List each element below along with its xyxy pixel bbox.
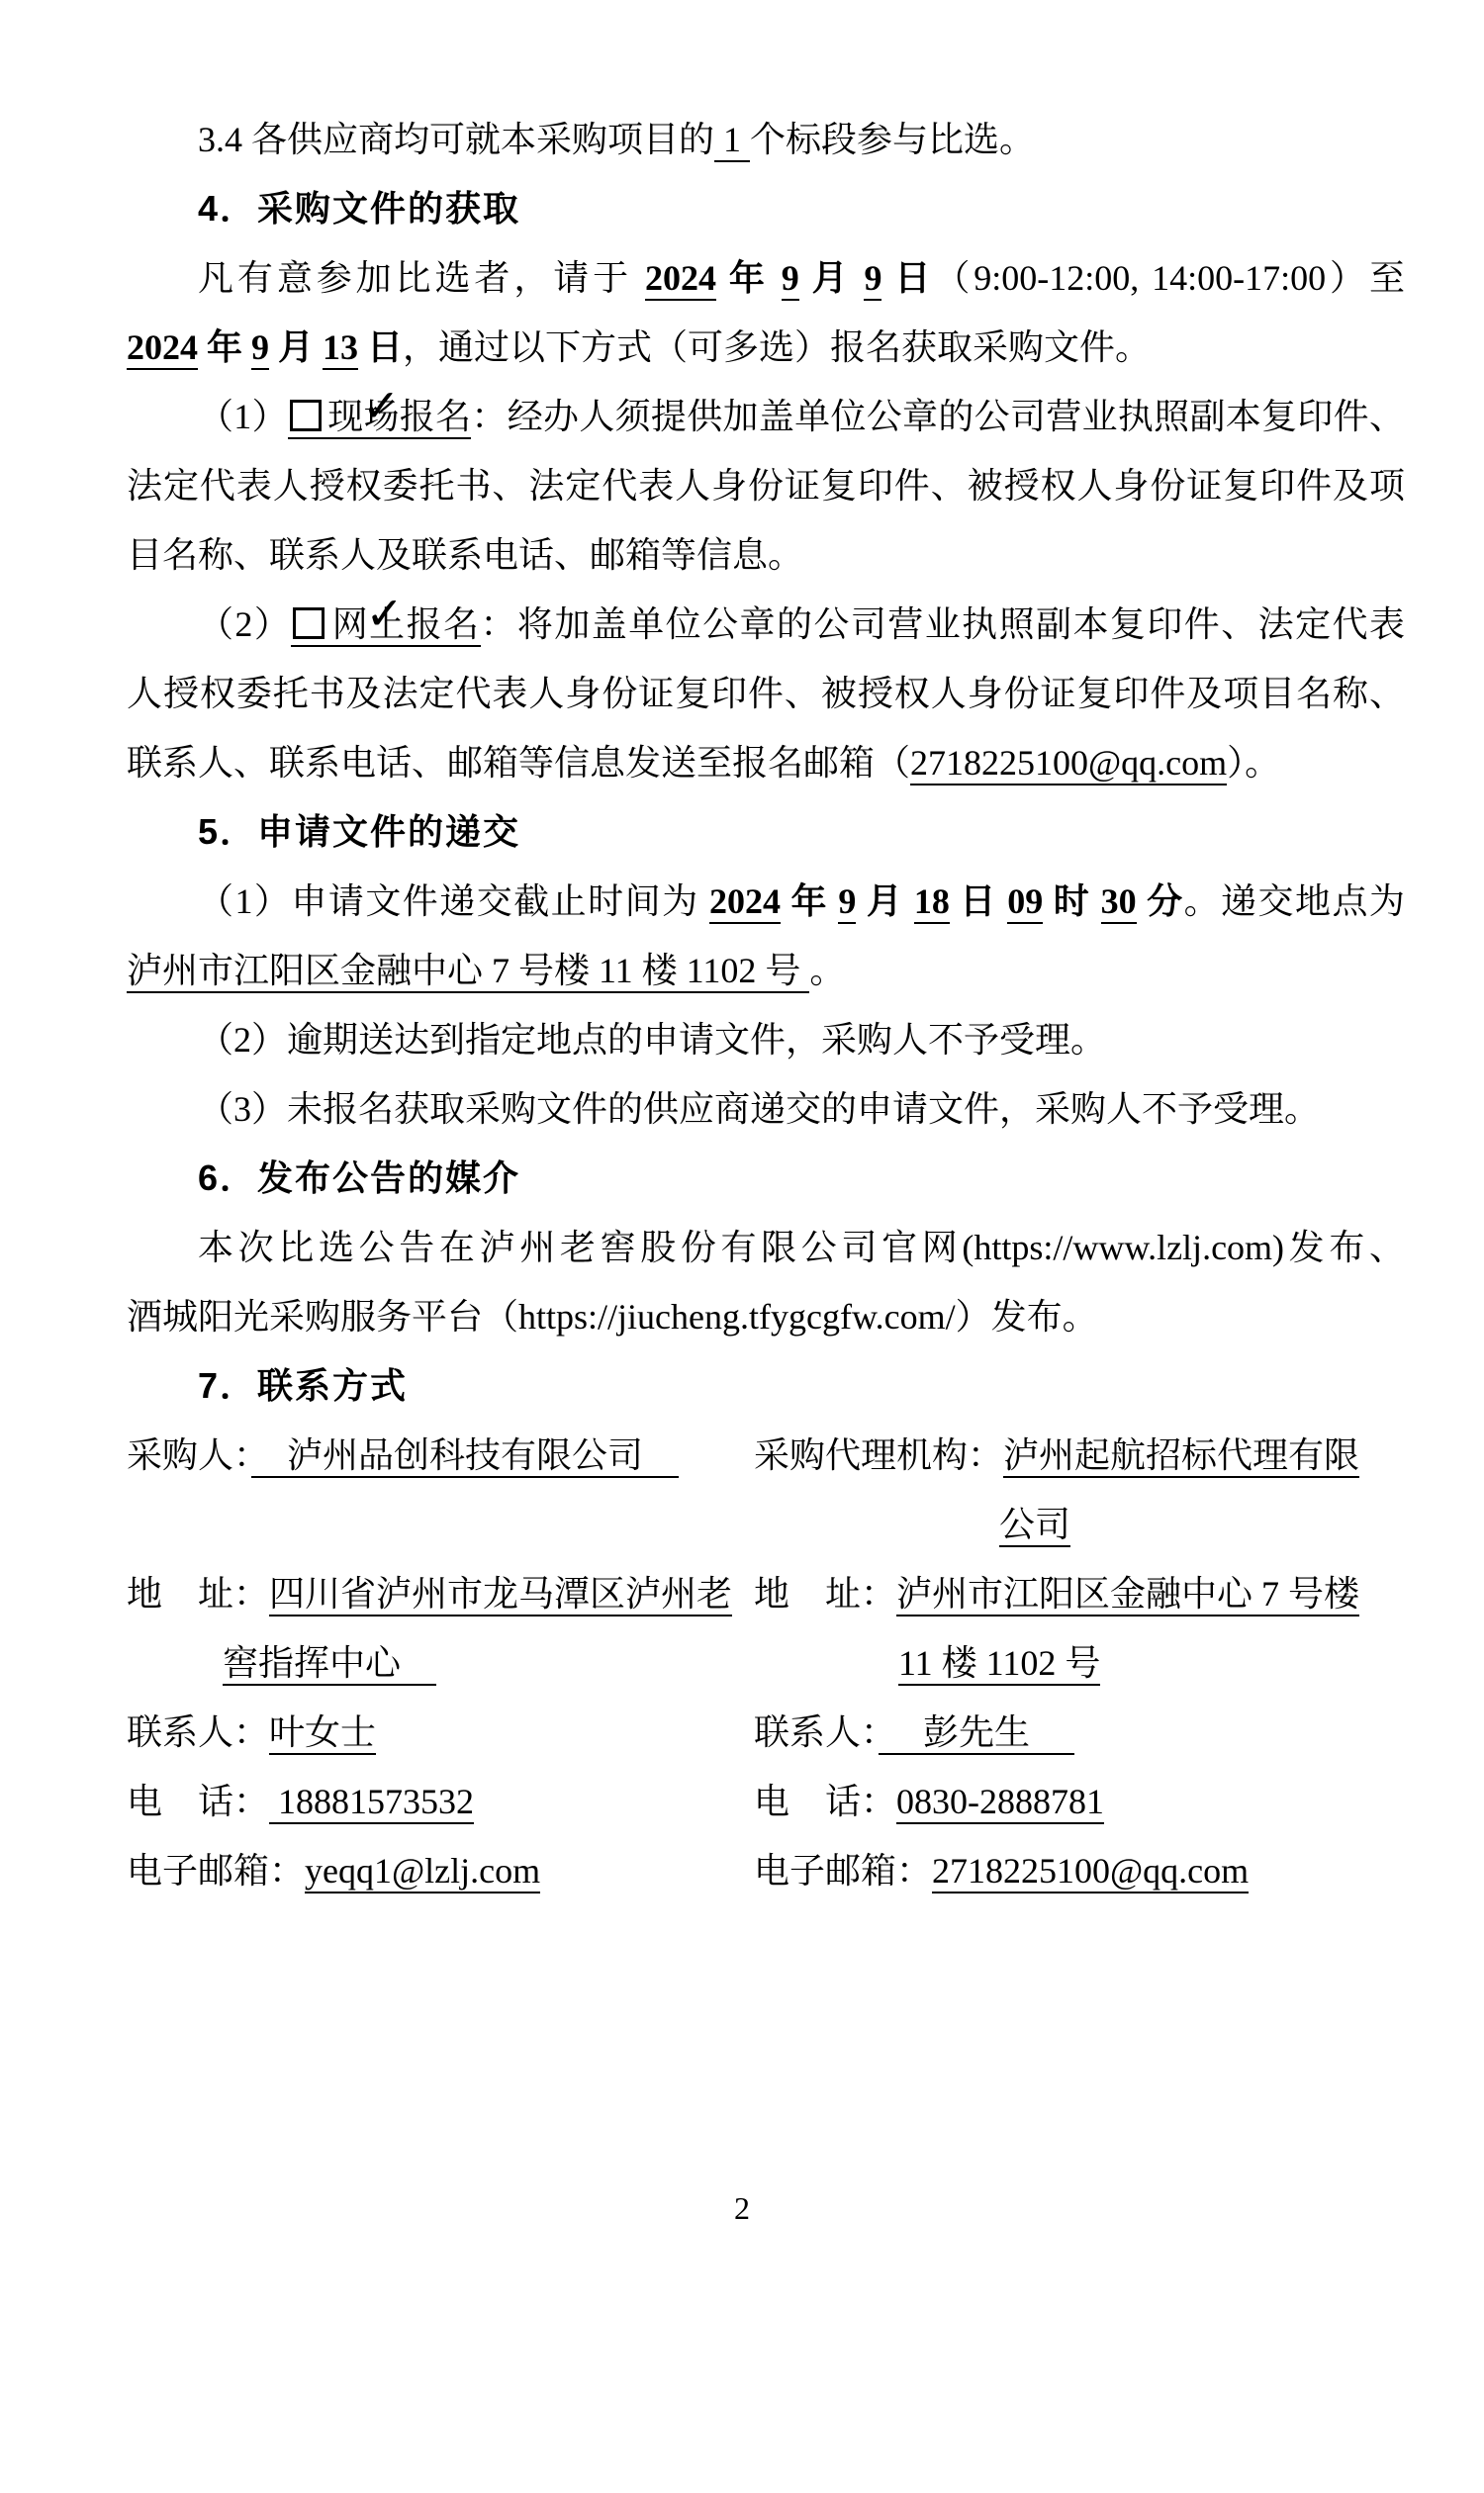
buyer-contact-person: 联系人：叶女士 bbox=[127, 1698, 754, 1767]
agency-name-line-2: 公司 bbox=[754, 1490, 1405, 1559]
agency-email-field: 电子邮箱：2718225100@qq.com bbox=[754, 1836, 1405, 1905]
agency-contact-person-field: 联系人： 彭先生 bbox=[754, 1698, 1405, 1767]
text-run: 月 bbox=[799, 258, 865, 298]
text-run: ）。 bbox=[1227, 743, 1280, 783]
buyer-phone-field: 电 话： 18881573532 bbox=[127, 1767, 754, 1836]
section-4-item-2-line-2: 人授权委托书及法定代表人身份证复印件、被授权人身份证复印件及项目名称、 bbox=[127, 659, 1405, 728]
text-run: 30 bbox=[1101, 881, 1137, 924]
agency-phone-field: 电 话：0830-2888781 bbox=[754, 1767, 1405, 1836]
text-run: 电 话： bbox=[127, 1782, 269, 1821]
checkbox-checked-icon bbox=[293, 607, 325, 639]
text-run: 泸州起航招标代理有限 bbox=[1003, 1435, 1359, 1478]
section-6-line-2: 酒城阳光采购服务平台（https://jiucheng.tfygcgfw.com… bbox=[127, 1282, 1405, 1351]
text-run: 1 bbox=[714, 120, 750, 162]
text-run: 13 bbox=[323, 327, 358, 370]
buyer-phone: 电 话： 18881573532 bbox=[127, 1767, 754, 1836]
text-run: 年 bbox=[716, 258, 782, 298]
agency-phone: 电 话：0830-2888781 bbox=[754, 1767, 1405, 1836]
text-run: 泸州市江阳区金融中心 7 号楼 11 楼 1102 号 bbox=[127, 951, 809, 993]
text-run: ：经办人须提供加盖单位公章的公司营业执照副本复印件、 bbox=[471, 397, 1405, 436]
text-run: 电子邮箱： bbox=[754, 1851, 932, 1891]
text-run: 时 bbox=[1043, 881, 1100, 921]
text-run: 2024 bbox=[127, 327, 198, 370]
section-4-intro-line-1: 凡有意参加比选者，请于 2024 年 9 月 9 日（9:00-12:00, 1… bbox=[127, 243, 1405, 313]
text-run: 电子邮箱： bbox=[127, 1851, 305, 1891]
section-4-item-2-line-3: 联系人、联系电话、邮箱等信息发送至报名邮箱（2718225100@qq.com）… bbox=[127, 728, 1405, 797]
section-5-item-2: （2）逾期送达到指定地点的申请文件，采购人不予受理。 bbox=[127, 1005, 1405, 1074]
text-run: （9:00-12:00, 14:00-17:00）至 bbox=[934, 258, 1405, 298]
text-run: 联系人： bbox=[754, 1712, 879, 1752]
text-run: 现场报名 bbox=[288, 397, 472, 439]
text-run: ：将加盖单位公章的公司营业执照副本复印件、法定代表 bbox=[481, 604, 1405, 644]
section-5-heading: 5．申请文件的递交 bbox=[127, 797, 1405, 867]
text-run: （3）未报名获取采购文件的供应商递交的申请文件，采购人不予受理。 bbox=[198, 1089, 1320, 1129]
text-run: 泸州市江阳区金融中心 7 号楼 bbox=[896, 1574, 1359, 1616]
text-run: 采购人： bbox=[127, 1435, 251, 1475]
text-run: （1） bbox=[198, 397, 288, 436]
text-run: 。 bbox=[809, 951, 845, 990]
section-6-heading: 6．发布公告的媒介 bbox=[127, 1144, 1405, 1213]
text-run: yeqq1@lzlj.com bbox=[305, 1851, 540, 1893]
section-5-item-1-line-2: 泸州市江阳区金融中心 7 号楼 11 楼 1102 号 。 bbox=[127, 936, 1405, 1005]
text-run: 公司 bbox=[999, 1505, 1070, 1547]
text-run: 联系人： bbox=[127, 1712, 269, 1752]
text-run: 2718225100@qq.com bbox=[932, 1851, 1249, 1893]
clause-3-4: 3.4 各供应商均可就本采购项目的 1 个标段参与比选。 bbox=[127, 105, 1405, 174]
text-run: 9 bbox=[782, 258, 799, 301]
text-run: 个标段参与比选。 bbox=[750, 120, 1035, 159]
text-run: 四川省泸州市龙马潭区泸州老 bbox=[269, 1574, 732, 1616]
text-run: 采购代理机构： bbox=[754, 1435, 1003, 1475]
section-4-item-1-line-1: （1）现场报名：经办人须提供加盖单位公章的公司营业执照副本复印件、 bbox=[127, 382, 1405, 451]
section-7-heading: 7．联系方式 bbox=[127, 1351, 1405, 1421]
section-4-item-1-line-2: 法定代表人授权委托书、法定代表人身份证复印件、被授权人身份证复印件及项 bbox=[127, 451, 1405, 520]
text-run: 叶女士 bbox=[269, 1712, 376, 1755]
text-run: 年 bbox=[781, 881, 838, 921]
text-run: 。递交地点为 bbox=[1184, 881, 1405, 921]
text-run: 日 bbox=[881, 258, 934, 298]
section-4-heading: 4．采购文件的获取 bbox=[127, 174, 1405, 243]
contact-table: 采购人： 泸州品创科技有限公司 采购代理机构：泸州起航招标代理有限 公司 地 址… bbox=[127, 1421, 1405, 1905]
text-run: 18 bbox=[914, 881, 950, 924]
text-run: 日 bbox=[358, 327, 403, 367]
text-run: 电 话： bbox=[754, 1782, 896, 1821]
document-body: 3.4 各供应商均可就本采购项目的 1 个标段参与比选。 4．采购文件的获取 凡… bbox=[127, 105, 1405, 1905]
text-run: 人授权委托书及法定代表人身份证复印件、被授权人身份证复印件及项目名称、 bbox=[127, 674, 1405, 713]
text-run: 地 址： bbox=[127, 1574, 269, 1614]
section-6-line-1: 本次比选公告在泸州老窖股份有限公司官网(https://www.lzlj.com… bbox=[127, 1213, 1405, 1282]
agency-address-line-2: 11 楼 1102 号 bbox=[754, 1628, 1405, 1698]
section-4-item-2-line-1: （2）网上报名：将加盖单位公章的公司营业执照副本复印件、法定代表 bbox=[127, 590, 1405, 659]
buyer-email: 电子邮箱：yeqq1@lzlj.com bbox=[127, 1836, 754, 1905]
page-number: 2 bbox=[0, 2188, 1484, 2228]
text-run: 11 楼 1102 号 bbox=[898, 1643, 1100, 1686]
text-run: 2024 bbox=[645, 258, 716, 301]
text-run: 彭先生 bbox=[879, 1712, 1074, 1755]
document-page: 3.4 各供应商均可就本采购项目的 1 个标段参与比选。 4．采购文件的获取 凡… bbox=[0, 0, 1484, 2493]
text-run: 联系人、联系电话、邮箱等信息发送至报名邮箱（ bbox=[127, 743, 910, 783]
agency-contact-person: 联系人： 彭先生 bbox=[754, 1698, 1405, 1767]
text-run: 09 bbox=[1007, 881, 1043, 924]
text-run: 9 bbox=[251, 327, 269, 370]
text-run: （2）逾期送达到指定地点的申请文件，采购人不予受理。 bbox=[198, 1020, 1106, 1060]
text-run: ，通过以下方式（可多选）报名获取采购文件。 bbox=[403, 327, 1151, 367]
text-run: 酒城阳光采购服务平台（https://jiucheng.tfygcgfw.com… bbox=[127, 1297, 1098, 1337]
text-run: 法定代表人授权委托书、法定代表人身份证复印件、被授权人身份证复印件及项 bbox=[127, 466, 1405, 506]
text-run: 地 址： bbox=[754, 1574, 896, 1614]
agency-field: 采购代理机构：泸州起航招标代理有限 公司 bbox=[754, 1421, 1405, 1559]
checkbox-checked-icon bbox=[290, 400, 322, 431]
buyer-email-field: 电子邮箱：yeqq1@lzlj.com bbox=[127, 1836, 754, 1905]
text-run: 9 bbox=[838, 881, 856, 924]
text-run: 0830-2888781 bbox=[896, 1782, 1104, 1824]
text-run: （1）申请文件递交截止时间为 bbox=[198, 881, 709, 921]
agency-email: 电子邮箱：2718225100@qq.com bbox=[754, 1836, 1405, 1905]
text-run: 窖指挥中心 bbox=[223, 1643, 436, 1686]
text-run: 目名称、联系人及联系电话、邮箱等信息。 bbox=[127, 535, 803, 575]
section-4-intro-line-2: 2024 年 9 月 13 日，通过以下方式（可多选）报名获取采购文件。 bbox=[127, 313, 1405, 382]
agency-address-line-1: 地 址：泸州市江阳区金融中心 7 号楼 bbox=[754, 1559, 1405, 1628]
text-run: 泸州品创科技有限公司 bbox=[251, 1435, 679, 1478]
text-run: 年 bbox=[198, 327, 251, 367]
buyer-contact-person-field: 联系人：叶女士 bbox=[127, 1698, 754, 1767]
text-run: 2718225100@qq.com bbox=[910, 743, 1227, 785]
text-run: （2） bbox=[198, 604, 291, 644]
text-run: 分 bbox=[1137, 881, 1184, 921]
text-run: 网上报名 bbox=[291, 604, 480, 647]
text-run: 2024 bbox=[709, 881, 781, 924]
text-run: 日 bbox=[950, 881, 1007, 921]
buyer-address-line-1: 地 址：四川省泸州市龙马潭区泸州老 bbox=[127, 1559, 754, 1628]
section-5-item-1-line-1: （1）申请文件递交截止时间为 2024 年 9 月 18 日 09 时 30 分… bbox=[127, 867, 1405, 936]
text-run: 月 bbox=[269, 327, 323, 367]
text-run: 18881573532 bbox=[269, 1782, 474, 1824]
text-run: 本次比选公告在泸州老窖股份有限公司官网(https://www.lzlj.com… bbox=[198, 1228, 1405, 1267]
section-5-item-3: （3）未报名获取采购文件的供应商递交的申请文件，采购人不予受理。 bbox=[127, 1074, 1405, 1144]
buyer-name: 采购人： 泸州品创科技有限公司 bbox=[127, 1421, 754, 1490]
text-run: 月 bbox=[856, 881, 913, 921]
section-4-item-1-line-3: 目名称、联系人及联系电话、邮箱等信息。 bbox=[127, 520, 1405, 590]
agency-address-field: 地 址：泸州市江阳区金融中心 7 号楼 11 楼 1102 号 bbox=[754, 1559, 1405, 1698]
text-run: 凡有意参加比选者，请于 bbox=[198, 258, 645, 298]
agency-name-line-1: 采购代理机构：泸州起航招标代理有限 bbox=[754, 1421, 1405, 1490]
text-run: 9 bbox=[864, 258, 881, 301]
buyer-field: 采购人： 泸州品创科技有限公司 bbox=[127, 1421, 754, 1559]
buyer-address-field: 地 址：四川省泸州市龙马潭区泸州老 窖指挥中心 bbox=[127, 1559, 754, 1698]
buyer-address-line-2: 窖指挥中心 bbox=[127, 1628, 754, 1698]
text-run: 3.4 各供应商均可就本采购项目的 bbox=[198, 120, 714, 159]
